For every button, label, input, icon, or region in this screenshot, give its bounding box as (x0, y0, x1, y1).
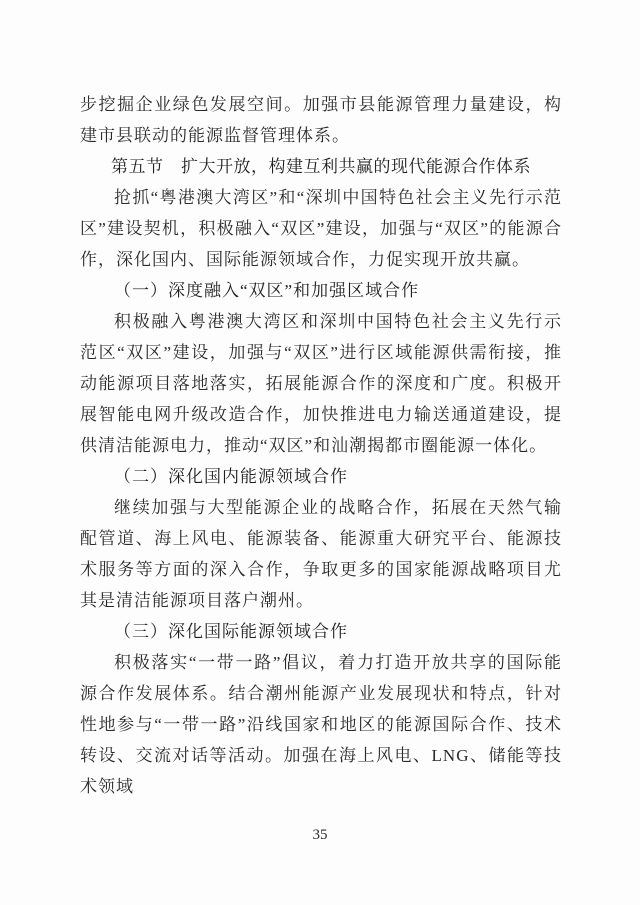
paragraph: 抢抓“粤港澳大湾区”和“深圳中国特色社会主义先行示范区”建设契机，积极融入“双区… (80, 182, 562, 275)
sub-heading-1: （一）深度融入“双区”和加强区域合作 (80, 275, 562, 306)
paragraph: 积极融入粤港澳大湾区和深圳中国特色社会主义先行示范区“双区”建设，加强与“双区”… (80, 306, 562, 461)
paragraph: 积极落实“一带一路”倡议，着力打造开放共享的国际能源合作发展体系。结合潮州能源产… (80, 647, 562, 802)
page-number: 35 (0, 824, 640, 846)
sub-heading-2: （二）深化国内能源领域合作 (80, 461, 562, 492)
page-content: 步挖掘企业绿色发展空间。加强市县能源管理力量建设，构建市县联动的能源监督管理体系… (80, 89, 562, 802)
section-heading: 第五节 扩大开放，构建互利共赢的现代能源合作体系 (80, 151, 562, 182)
paragraph-continuation: 步挖掘企业绿色发展空间。加强市县能源管理力量建设，构建市县联动的能源监督管理体系… (80, 89, 562, 151)
sub-heading-3: （三）深化国际能源领域合作 (80, 616, 562, 647)
document-page: 步挖掘企业绿色发展空间。加强市县能源管理力量建设，构建市县联动的能源监督管理体系… (0, 0, 640, 905)
paragraph: 继续加强与大型能源企业的战略合作，拓展在天然气输配管道、海上风电、能源装备、能源… (80, 492, 562, 616)
